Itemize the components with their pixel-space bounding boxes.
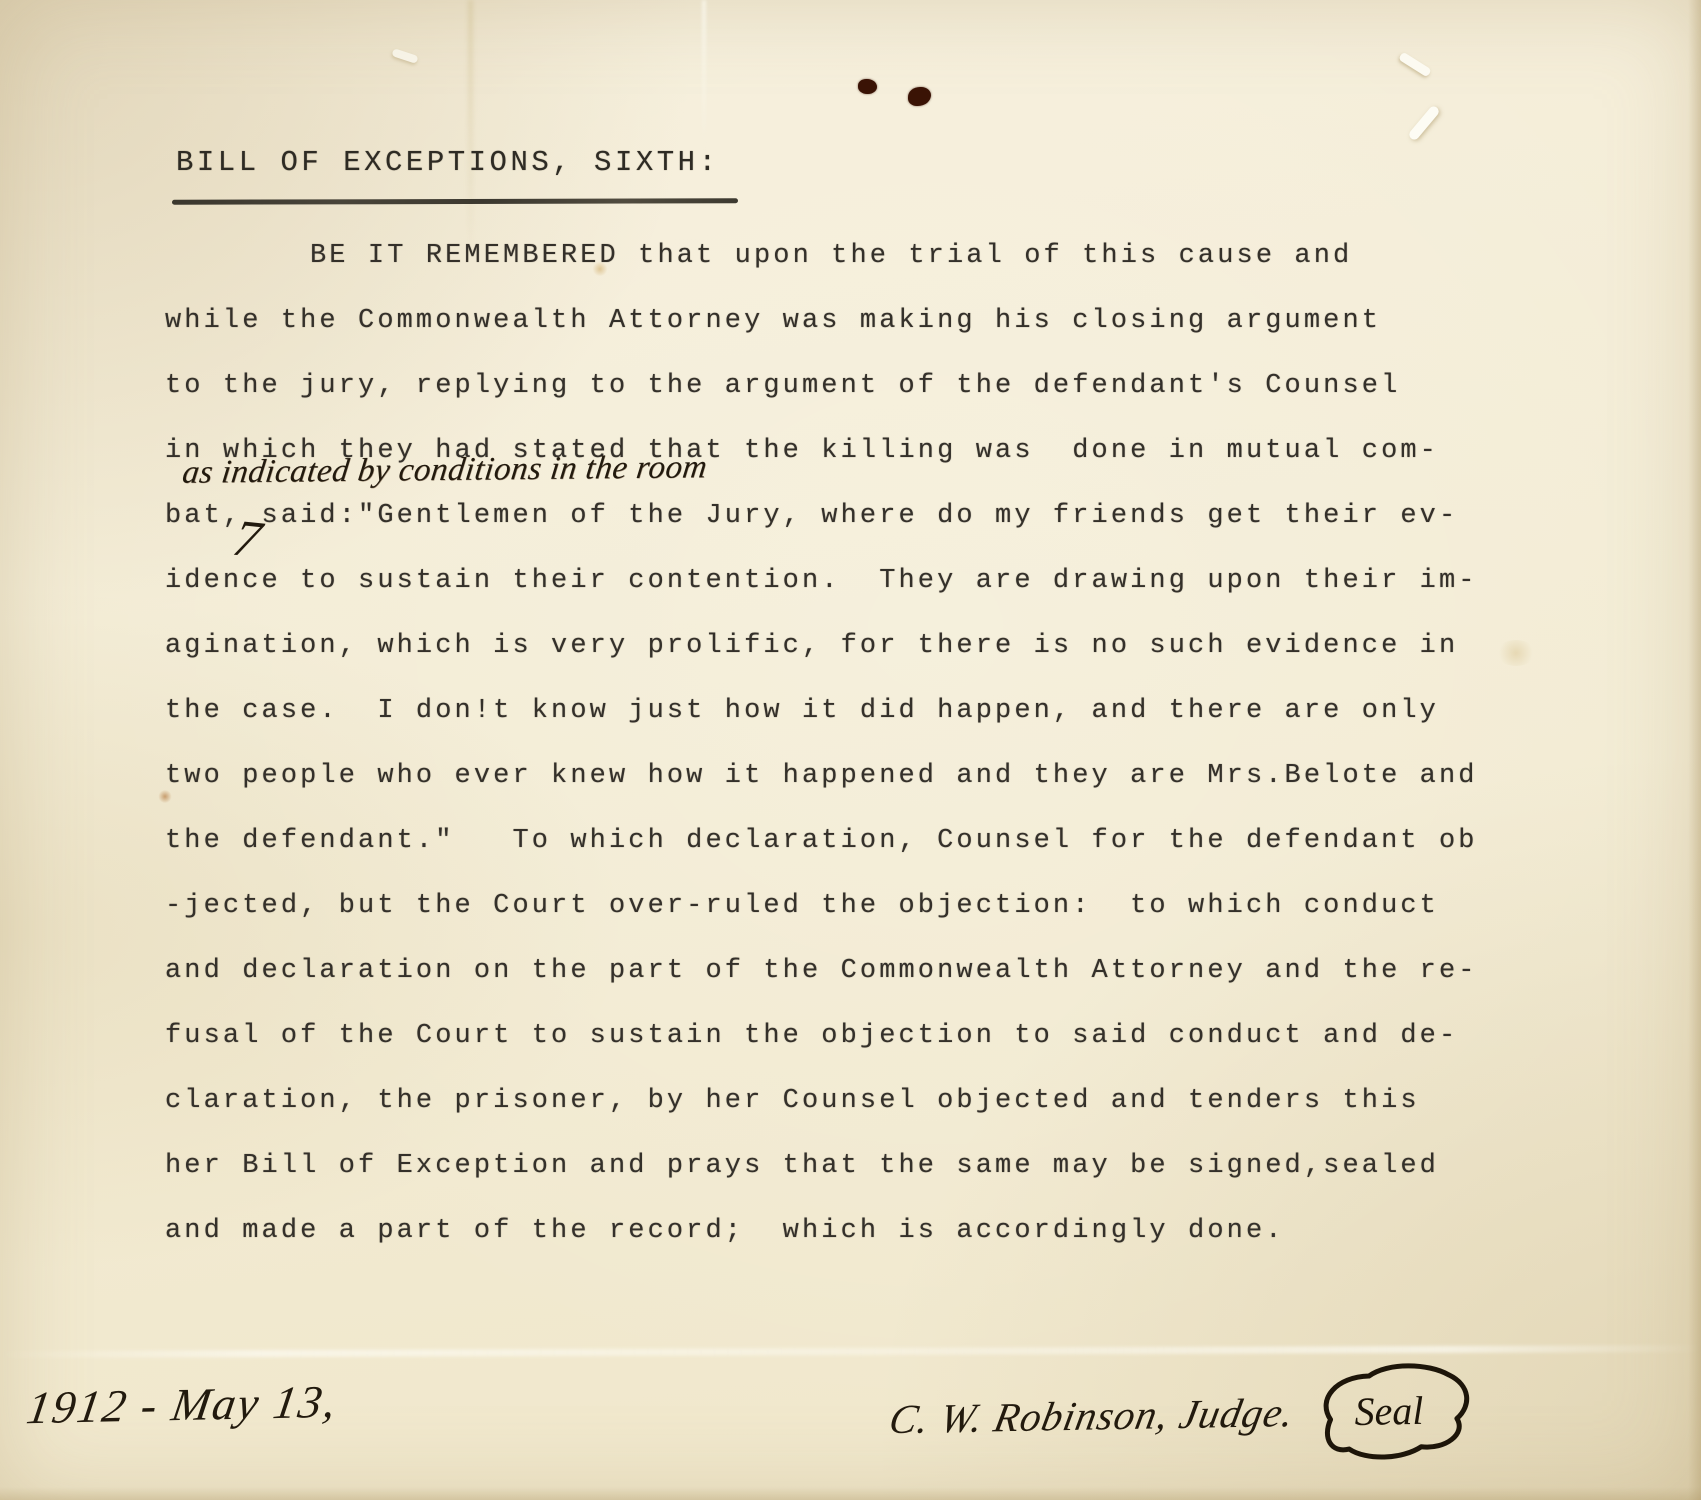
- typed-line: the defendant." To which declaration, Co…: [165, 809, 1565, 874]
- typed-line: BE IT REMEMBERED that upon the trial of …: [165, 224, 1565, 289]
- typed-line: and declaration on the part of the Commo…: [165, 939, 1565, 1004]
- typed-line: idence to sustain their contention. They…: [165, 549, 1565, 614]
- handwritten-date: 1912 - May 13,: [23, 1375, 341, 1434]
- paper-crease: [702, 0, 706, 150]
- paper-fold-mark: [391, 48, 418, 64]
- paper-crease: [468, 0, 473, 260]
- title-underline: [172, 198, 738, 204]
- seal-stamp: Seal: [1299, 1357, 1479, 1464]
- seal-outline-drawing: Seal: [1299, 1357, 1479, 1464]
- typed-line: claration, the prisoner, by her Counsel …: [165, 1069, 1565, 1134]
- typed-line: to the jury, replying to the argument of…: [165, 354, 1565, 419]
- typed-line: agination, which is very prolific, for t…: [165, 614, 1565, 679]
- ink-spot: [858, 79, 877, 94]
- handwritten-insert: as indicated by conditions in the room: [180, 449, 709, 491]
- paper-fold-mark: [1407, 104, 1440, 141]
- document-page: BILL OF EXCEPTIONS, SIXTH: BE IT REMEMBE…: [0, 0, 1701, 1500]
- paper-fold-mark: [1398, 52, 1432, 78]
- typed-line: -jected, but the Court over-ruled the ob…: [165, 874, 1565, 939]
- typed-line: the case. I don!t know just how it did h…: [165, 679, 1565, 744]
- typed-line: her Bill of Exception and prays that the…: [165, 1134, 1565, 1199]
- page-title: BILL OF EXCEPTIONS, SIXTH:: [176, 146, 719, 179]
- typed-line: bat, said:"Gentlemen of the Jury, where …: [165, 484, 1565, 549]
- ink-spot: [908, 87, 931, 106]
- judge-signature: C. W. Robinson, Judge.: [885, 1388, 1299, 1443]
- typed-line: and made a part of the record; which is …: [165, 1199, 1565, 1264]
- paper-edge-shadow: [1688, 0, 1701, 1500]
- paper-crease: [0, 1345, 1701, 1358]
- typed-line: two people who ever knew how it happened…: [165, 744, 1565, 809]
- paper-edge-shadow: [0, 1487, 1701, 1500]
- signature-block: C. W. Robinson, Judge. Seal: [889, 1357, 1479, 1471]
- typed-body: BE IT REMEMBERED that upon the trial of …: [165, 224, 1565, 1264]
- typed-line: while the Commonwealth Attorney was maki…: [165, 289, 1565, 354]
- typed-line: fusal of the Court to sustain the object…: [165, 1004, 1565, 1069]
- seal-label: Seal: [1354, 1388, 1424, 1434]
